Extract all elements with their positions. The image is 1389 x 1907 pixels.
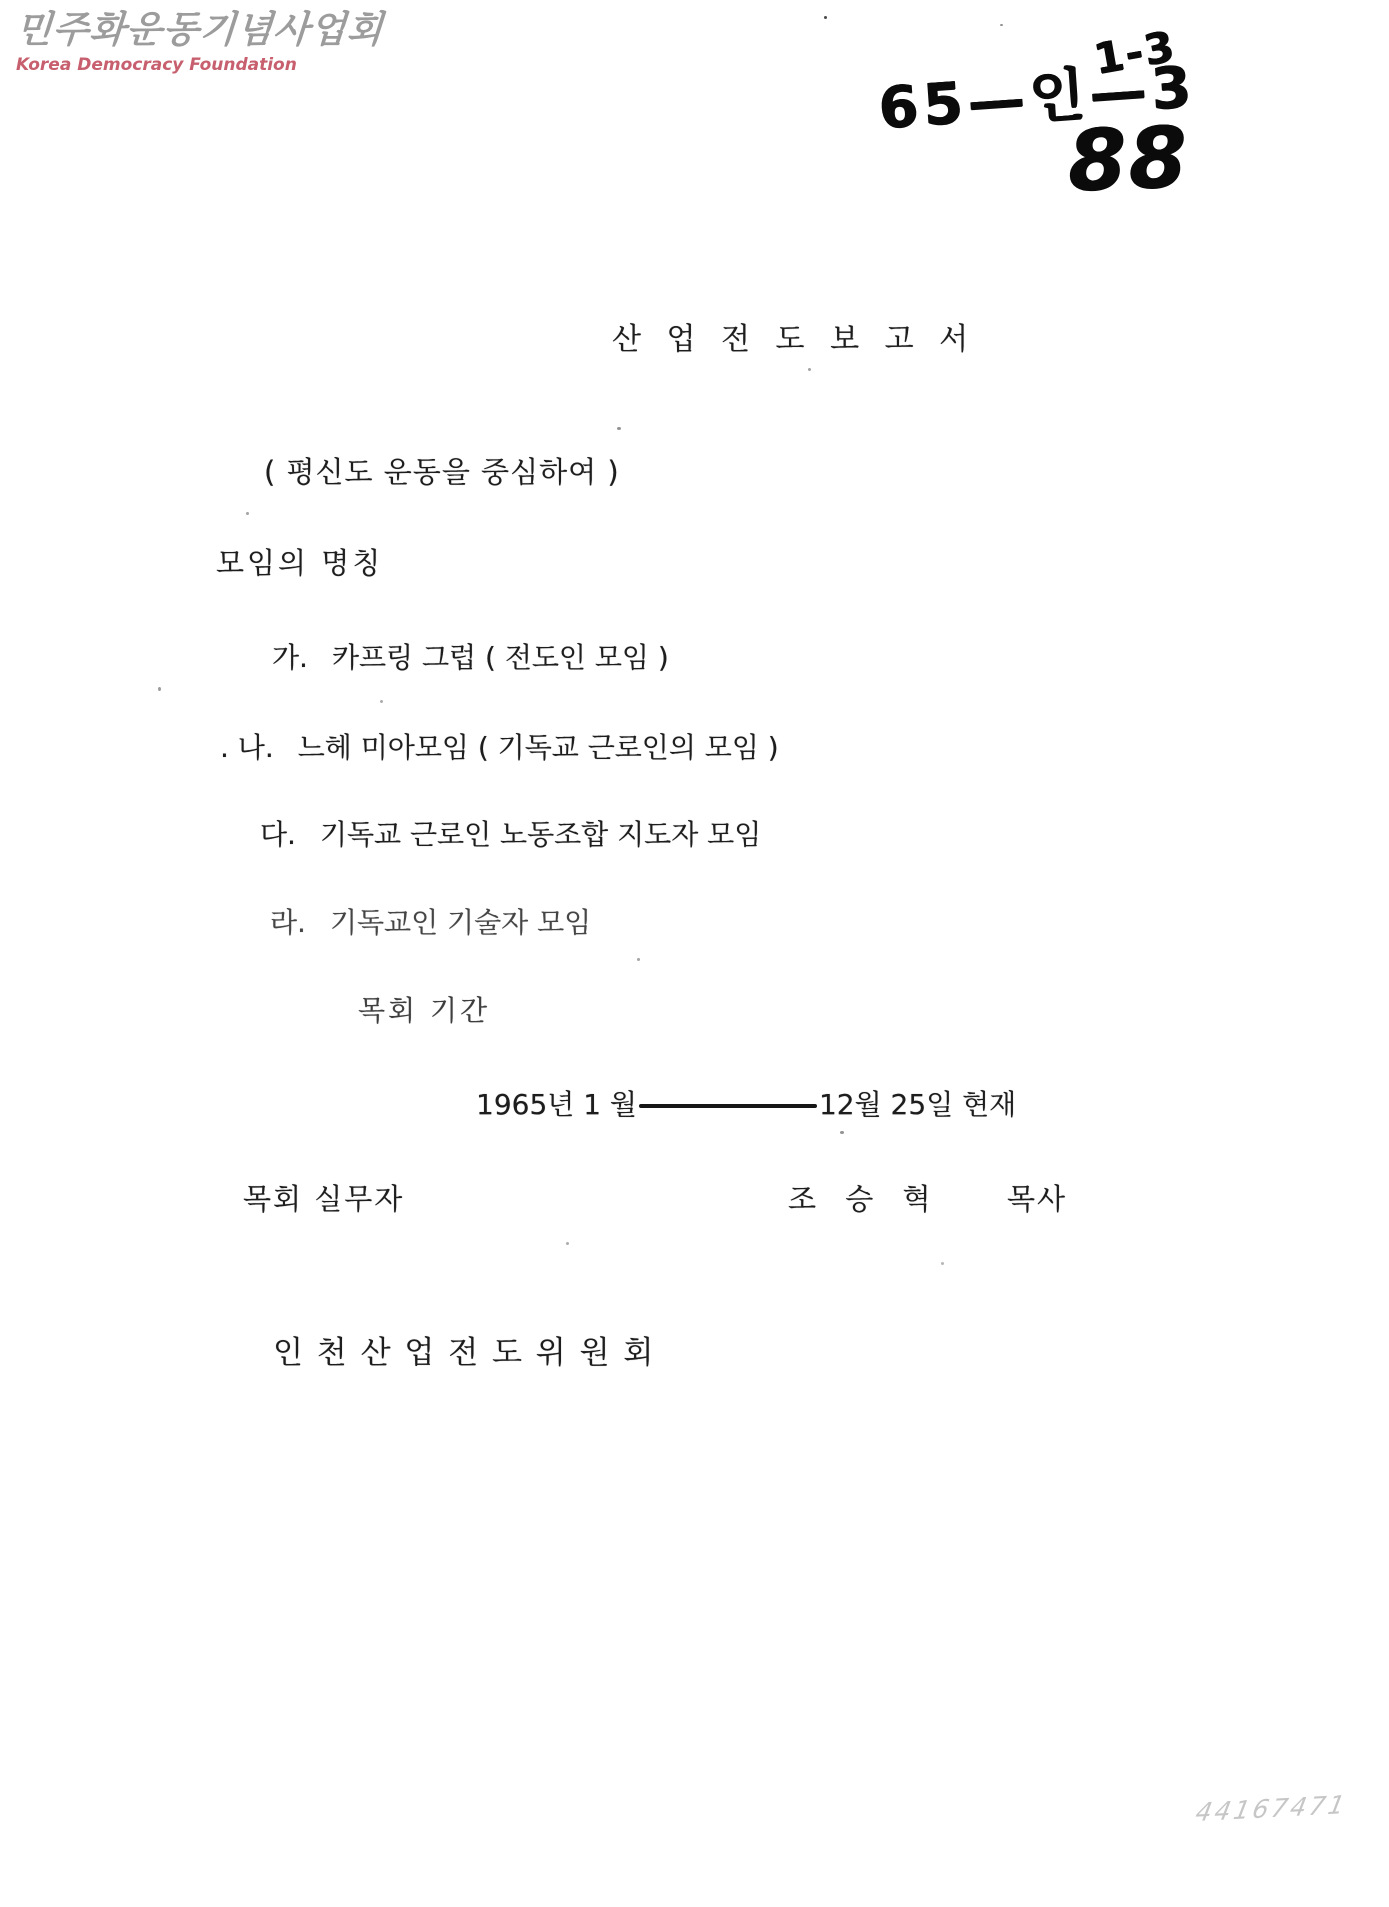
period-from: 1965년 1 월 xyxy=(476,1088,637,1121)
scan-speck xyxy=(380,700,383,703)
scanned-document-page: 민주화운동기념사업회 Korea Democracy Foundation 65… xyxy=(0,0,1389,1907)
list-item-ga: 가.카프링 그럽 ( 전도인 모임 ) xyxy=(272,641,669,675)
scan-speck xyxy=(566,1242,569,1245)
document-title: 산 업 전 도 보 고 서 xyxy=(612,322,976,358)
staff-name: 조 승 혁 xyxy=(788,1182,940,1217)
scan-speck xyxy=(941,1262,944,1265)
list-item-text: 카프링 그럽 ( 전도인 모임 ) xyxy=(332,641,669,675)
section-heading-meeting-names: 모임의 명칭 xyxy=(216,546,383,581)
list-item-label: 라. xyxy=(270,906,306,940)
organization-name: 인 천 산 업 전 도 위 원 회 xyxy=(273,1335,655,1372)
kdf-logo: 민주화운동기념사업회 Korea Democracy Foundation xyxy=(16,10,383,75)
scan-speck xyxy=(840,1131,844,1134)
list-item-text: 기독교인 기술자 모임 xyxy=(330,906,591,940)
scan-speck xyxy=(617,427,621,430)
list-item-label: 가. xyxy=(272,641,308,675)
scan-speck xyxy=(1000,24,1003,26)
handwritten-page-number: 88 xyxy=(1066,108,1190,210)
list-item-na: . 나.느헤 미아모임 ( 기독교 근로인의 모임 ) xyxy=(220,731,779,765)
list-item-text: 느헤 미아모임 ( 기독교 근로인의 모임 ) xyxy=(298,731,779,765)
document-subtitle: ( 평신도 운동을 중심하여 ) xyxy=(264,455,620,490)
period-heading: 목회 기간 xyxy=(358,994,490,1028)
list-item-text: 기독교 근로인 노동조합 지도자 모임 xyxy=(320,818,761,852)
date-range-dash xyxy=(639,1104,817,1108)
list-item-da: 다.기독교 근로인 노동조합 지도자 모임 xyxy=(260,818,761,852)
scan-speck xyxy=(808,368,811,371)
list-item-label: 다. xyxy=(260,818,296,852)
scan-speck xyxy=(824,16,827,19)
scan-speck xyxy=(246,512,249,515)
list-item-ra: 라.기독교인 기술자 모임 xyxy=(270,906,591,940)
period-to: 12월 25일 현재 xyxy=(819,1088,1016,1121)
list-item-label: . 나. xyxy=(220,731,274,765)
faint-pencil-mark: 44167471 xyxy=(1193,1790,1350,1827)
kdf-logo-korean: 민주화운동기념사업회 xyxy=(15,10,385,51)
scan-speck xyxy=(158,687,161,691)
staff-title: 목사 xyxy=(1007,1182,1067,1217)
staff-label: 목회 실무자 xyxy=(243,1182,404,1217)
scan-speck xyxy=(637,958,640,961)
period-date-line: 1965년 1 월12월 25일 현재 xyxy=(476,1088,1016,1122)
kdf-logo-english: Korea Democracy Foundation xyxy=(16,55,383,75)
